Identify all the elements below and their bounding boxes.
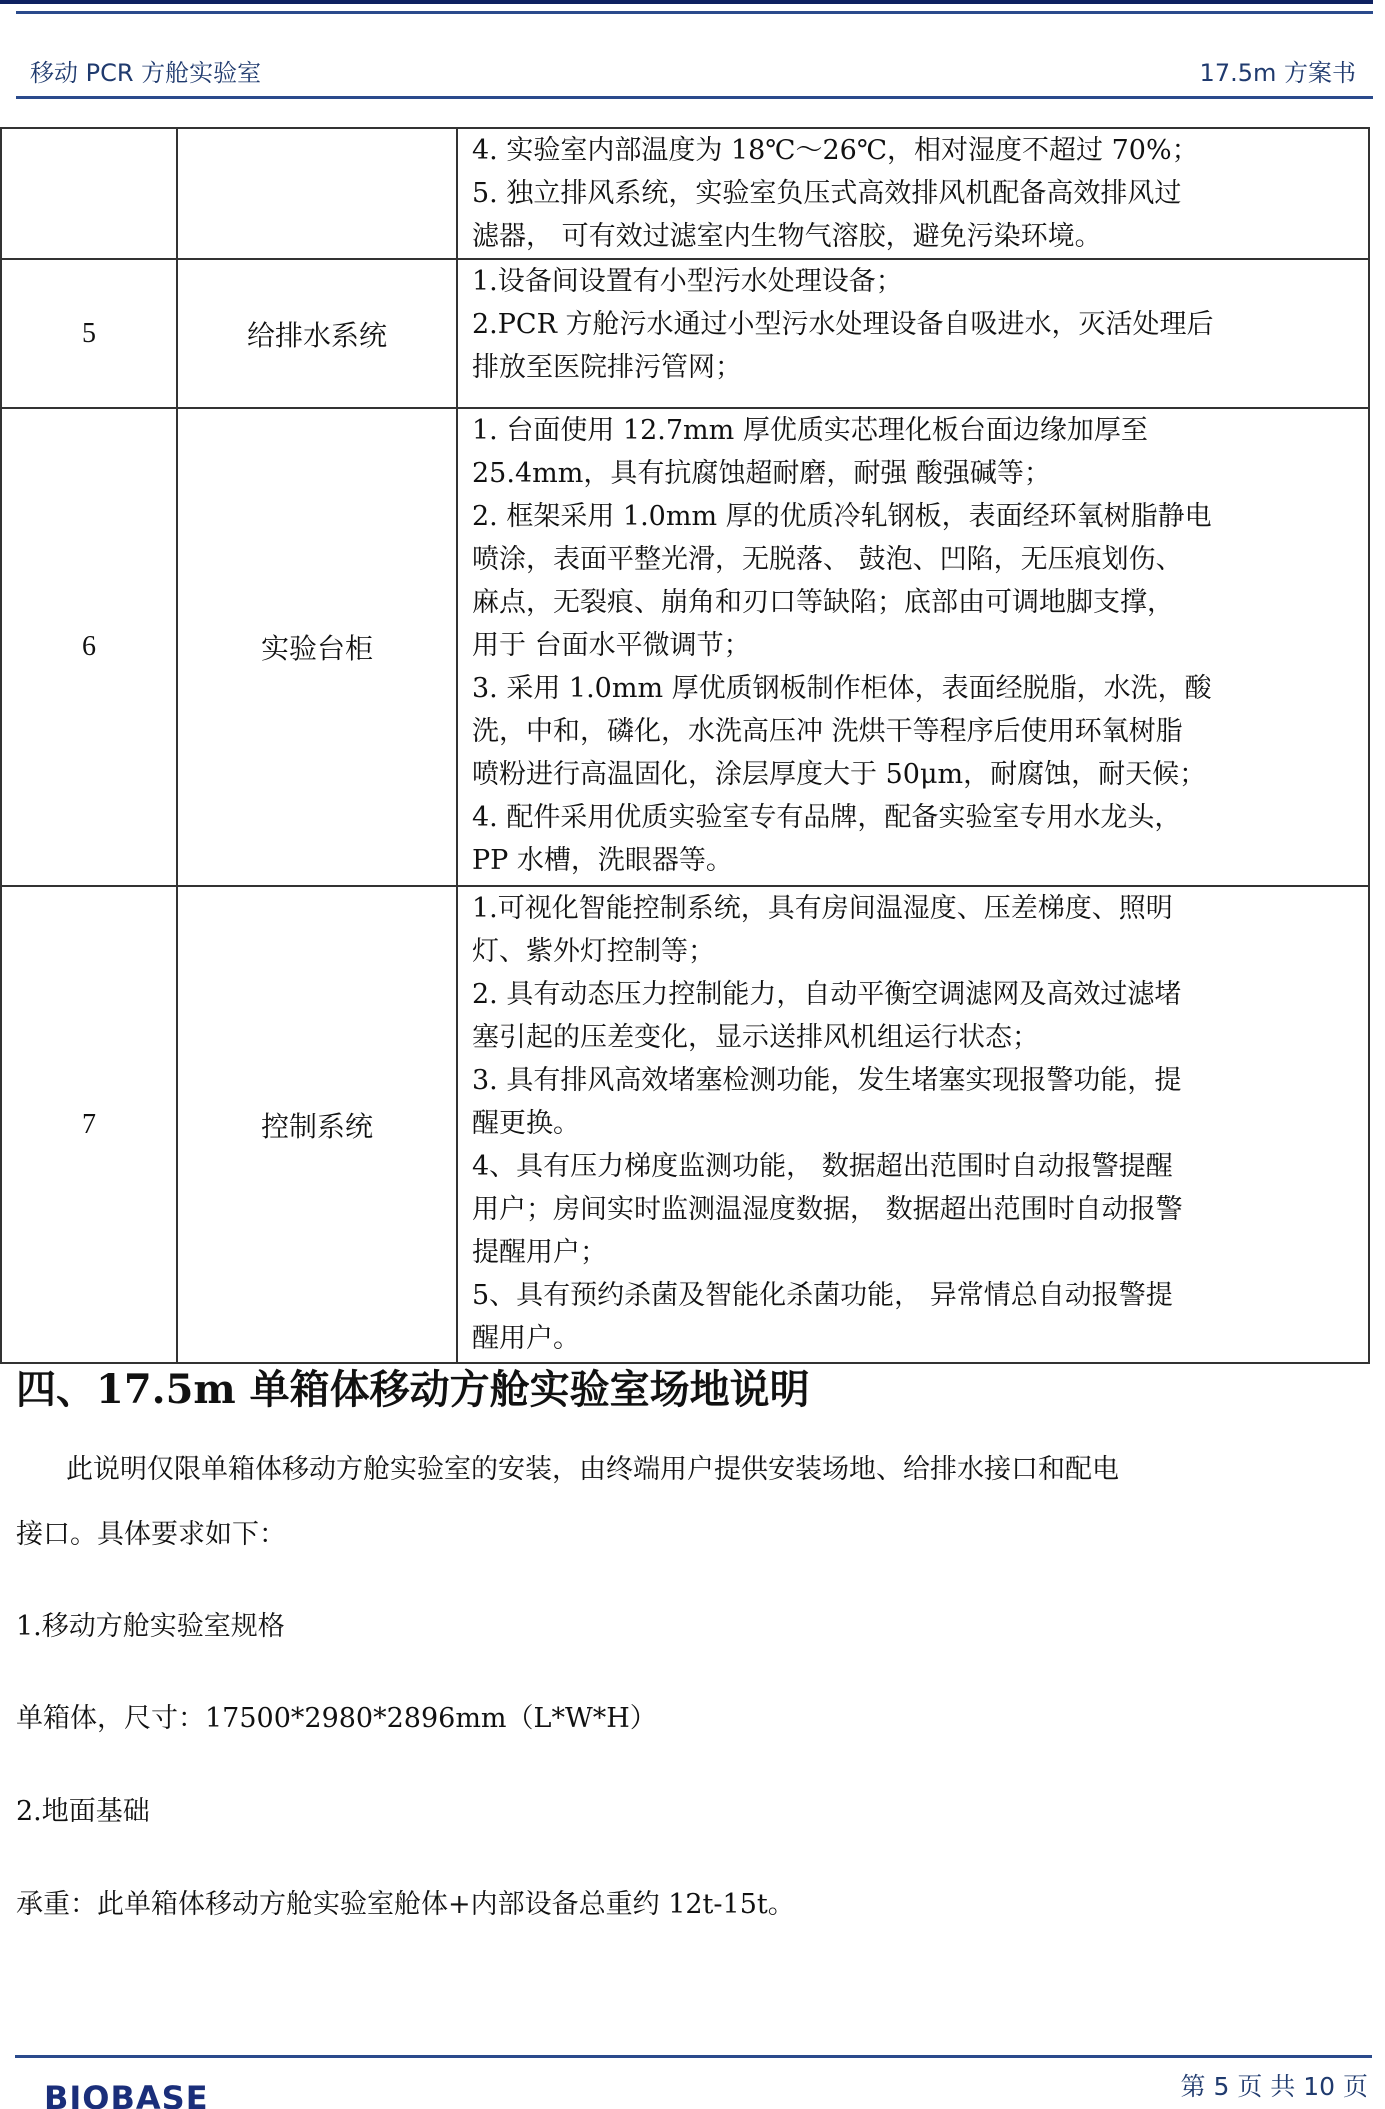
item-1-text: 单箱体，尺寸：17500*2980*2896mm（L*W*H） xyxy=(16,1699,657,1739)
row-item-name: 控制系统 xyxy=(177,886,457,1363)
description-line: 塞引起的压差变化，显示送排风机组运行状态； xyxy=(472,1016,1358,1059)
description-line: 麻点，无裂痕、崩角和刃口等缺陷；底部由可调地脚支撑， xyxy=(472,581,1358,624)
description-line: 排放至医院排污管网； xyxy=(472,346,1358,389)
description-line: 5、具有预约杀菌及智能化杀菌功能， 异常情总自动报警提 xyxy=(472,1274,1358,1317)
description-line: 醒用户。 xyxy=(472,1317,1358,1360)
row-item-name: 实验台柜 xyxy=(177,408,457,886)
intro-paragraph-line-1: 此说明仅限单箱体移动方舱实验室的安装，由终端用户提供安装场地、给排水接口和配电 xyxy=(66,1450,1119,1490)
header-document-title: 移动 PCR 方舱实验室 xyxy=(30,58,261,88)
section-heading: 四、17.5m 单箱体移动方舱实验室场地说明 xyxy=(16,1366,810,1414)
item-2-text: 承重：此单箱体移动方舱实验室舱体+内部设备总重约 12t-15t。 xyxy=(16,1885,795,1925)
description-line: 1. 台面使用 12.7mm 厚优质实芯理化板台面边缘加厚至 xyxy=(472,409,1358,452)
row-number xyxy=(1,128,177,259)
table-row: 7 控制系统 1.可视化智能控制系统，具有房间温湿度、压差梯度、照明 灯、紫外灯… xyxy=(1,886,1369,1363)
item-2-title: 2.地面基础 xyxy=(16,1792,150,1832)
row-item-name xyxy=(177,128,457,259)
description-line: 4. 配件采用优质实验室专有品牌，配备实验室专用水龙头， xyxy=(472,796,1358,839)
page-number: 第 5 页 共 10 页 xyxy=(1181,2071,1368,2103)
description-line: PP 水槽，洗眼器等。 xyxy=(472,839,1358,882)
row-number: 7 xyxy=(1,886,177,1363)
table-row: 5 给排水系统 1.设备间设置有小型污水处理设备； 2.PCR 方舱污水通过小型… xyxy=(1,259,1369,408)
header-bottom-rule xyxy=(16,96,1373,99)
description-line: 用户；房间实时监测温湿度数据， 数据超出范围时自动报警 xyxy=(472,1188,1358,1231)
description-line: 1.设备间设置有小型污水处理设备； xyxy=(472,260,1358,303)
description-line: 4. 实验室内部温度为 18℃～26℃，相对湿度不超过 70%； xyxy=(472,129,1358,172)
intro-paragraph-line-2: 接口。具体要求如下： xyxy=(16,1515,286,1555)
footer-rule xyxy=(15,2055,1372,2058)
description-line: 25.4mm，具有抗腐蚀超耐磨，耐强 酸强碱等； xyxy=(472,452,1358,495)
row-description: 1. 台面使用 12.7mm 厚优质实芯理化板台面边缘加厚至 25.4mm，具有… xyxy=(457,408,1369,886)
row-item-name: 给排水系统 xyxy=(177,259,457,408)
description-line: 3. 采用 1.0mm 厚优质钢板制作柜体，表面经脱脂，水洗，酸 xyxy=(472,667,1358,710)
description-line: 喷涂，表面平整光滑，无脱落、 鼓泡、凹陷，无压痕划伤、 xyxy=(472,538,1358,581)
description-line: 2. 具有动态压力控制能力，自动平衡空调滤网及高效过滤堵 xyxy=(472,973,1358,1016)
description-line: 4、具有压力梯度监测功能， 数据超出范围时自动报警提醒 xyxy=(472,1145,1358,1188)
header-top-rule xyxy=(0,0,1373,4)
row-number: 5 xyxy=(1,259,177,408)
item-1-title: 1.移动方舱实验室规格 xyxy=(16,1607,285,1647)
description-line: 提醒用户； xyxy=(472,1231,1358,1274)
row-number: 6 xyxy=(1,408,177,886)
row-description: 4. 实验室内部温度为 18℃～26℃，相对湿度不超过 70%； 5. 独立排风… xyxy=(457,128,1369,259)
description-line: 滤器， 可有效过滤室内生物气溶胶，避免污染环境。 xyxy=(472,215,1358,258)
description-line: 5. 独立排风系统，实验室负压式高效排风机配备高效排风过 xyxy=(472,172,1358,215)
table-row: 4. 实验室内部温度为 18℃～26℃，相对湿度不超过 70%； 5. 独立排风… xyxy=(1,128,1369,259)
row-description: 1.可视化智能控制系统，具有房间温湿度、压差梯度、照明 灯、紫外灯控制等； 2.… xyxy=(457,886,1369,1363)
biobase-logo: BIOBASE xyxy=(44,2080,209,2109)
description-line: 2.PCR 方舱污水通过小型污水处理设备自吸进水，灭活处理后 xyxy=(472,303,1358,346)
row-description: 1.设备间设置有小型污水处理设备； 2.PCR 方舱污水通过小型污水处理设备自吸… xyxy=(457,259,1369,408)
description-line: 洗，中和，磷化，水洗高压冲 洗烘干等程序后使用环氧树脂 xyxy=(472,710,1358,753)
table-row: 6 实验台柜 1. 台面使用 12.7mm 厚优质实芯理化板台面边缘加厚至 25… xyxy=(1,408,1369,886)
description-line: 3. 具有排风高效堵塞检测功能，发生堵塞实现报警功能，提 xyxy=(472,1059,1358,1102)
description-line: 用于 台面水平微调节； xyxy=(472,624,1358,667)
header-second-rule xyxy=(16,11,1373,14)
description-line: 灯、紫外灯控制等； xyxy=(472,930,1358,973)
description-line: 1.可视化智能控制系统，具有房间温湿度、压差梯度、照明 xyxy=(472,887,1358,930)
description-line: 醒更换。 xyxy=(472,1102,1358,1145)
spec-table: 4. 实验室内部温度为 18℃～26℃，相对湿度不超过 70%； 5. 独立排风… xyxy=(0,127,1370,1364)
description-line: 2. 框架采用 1.0mm 厚的优质冷轧钢板，表面经环氧树脂静电 xyxy=(472,495,1358,538)
header-document-type: 17.5m 方案书 xyxy=(1200,58,1356,88)
description-line: 喷粉进行高温固化，涂层厚度大于 50μm，耐腐蚀，耐天候； xyxy=(472,753,1358,796)
